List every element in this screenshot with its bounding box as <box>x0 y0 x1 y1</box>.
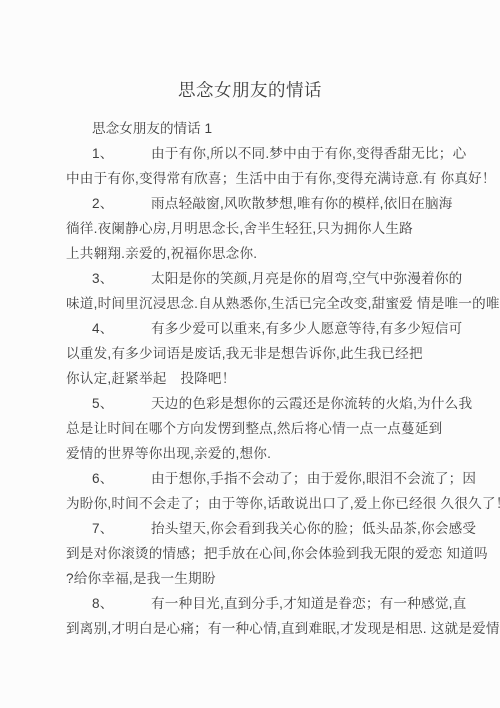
text-line: 中由于有你,变得常有欣喜；生活中由于有你,变得充满诗意.有 你真好！ <box>66 166 440 191</box>
line-text: 你认定,赶紧举起 投降吧！ <box>66 371 236 386</box>
line-text: 有多少爱可以重来,有多少人愿意等待,有多少短信可 <box>151 321 462 336</box>
text-line: 3、太阳是你的笑颜,月亮是你的眉弯,空气中弥漫着你的 <box>92 266 440 291</box>
text-line: 7、抬头望天,你会看到我关心你的脸；低头品茶,你会感受 <box>92 516 440 541</box>
list-number: 6、 <box>92 466 151 491</box>
list-number: 4、 <box>92 316 151 341</box>
line-text: 由于想你,手指不会动了；由于爱你,眼泪不会流了；因 <box>151 471 476 486</box>
text-line: 1、由于有你,所以不同.梦中由于有你,变得香甜无比；心 <box>92 141 440 166</box>
line-text: 为盼你,时间不会走了；由于等你,话敢说出口了,爱上你已经很 久很久了！ <box>66 496 500 511</box>
line-text: 上共翱翔.亲爱的,祝福你思念你. <box>66 246 257 261</box>
text-line: 总是让时间在哪个方向发愣到整点,然后将心情一点一点蔓延到 <box>66 416 440 441</box>
document-page: 思念女朋友的情话 思念女朋友的情话 1 1、由于有你,所以不同.梦中由于有你,变… <box>0 0 500 708</box>
text-line: 6、由于想你,手指不会动了；由于爱你,眼泪不会流了；因 <box>92 466 440 491</box>
text-line: 5、天边的色彩是想你的云霞还是你流转的火焰,为什么我 <box>92 391 440 416</box>
text-line: 2、雨点轻敲窗,风吹散梦想,唯有你的模样,依旧在脑海 <box>92 191 440 216</box>
line-text: 到是对你滚烫的情感；把手放在心间,你会体验到我无限的爱恋 知道吗 <box>66 546 488 561</box>
text-line: 上共翱翔.亲爱的,祝福你思念你. <box>66 241 440 266</box>
document-title: 思念女朋友的情话 <box>0 0 500 103</box>
text-line: 味道,时间里沉浸思念.自从熟悉你,生活已完全改变,甜蜜爱 情是唯一的唯一. <box>66 291 440 316</box>
line-text: 以重发,有多少词语是废话,我无非是想告诉你,此生我已经把 <box>66 346 423 361</box>
list-number: 7、 <box>92 516 151 541</box>
line-text: 到离别,才明白是心痛；有一种心情,直到难眠,才发现是相思. 这就是爱情. <box>66 621 500 636</box>
line-text: 雨点轻敲窗,风吹散梦想,唯有你的模样,依旧在脑海 <box>151 196 453 211</box>
line-text: 太阳是你的笑颜,月亮是你的眉弯,空气中弥漫着你的 <box>151 271 462 286</box>
line-text: 徜徉.夜阑静心房,月明思念长,舍半生轻狂,只为拥你人生路 <box>66 221 413 236</box>
line-text: 天边的色彩是想你的云霞还是你流转的火焰,为什么我 <box>151 396 472 411</box>
text-line: 8、有一种目光,直到分手,才知道是眷恋；有一种感觉,直 <box>92 591 440 616</box>
text-line: ?给你幸福,是我一生期盼 <box>66 566 440 591</box>
list-number: 3、 <box>92 266 151 291</box>
list-number: 1、 <box>92 141 151 166</box>
line-text: ?给你幸福,是我一生期盼 <box>66 571 216 586</box>
line-text: 味道,时间里沉浸思念.自从熟悉你,生活已完全改变,甜蜜爱 情是唯一的唯一. <box>66 296 500 311</box>
text-line: 到离别,才明白是心痛；有一种心情,直到难眠,才发现是相思. 这就是爱情. <box>66 616 440 641</box>
text-line: 你认定,赶紧举起 投降吧！ <box>66 366 440 391</box>
line-text: 爱情的世界等你出现,亲爱的,想你. <box>66 446 271 461</box>
line-text: 抬头望天,你会看到我关心你的脸；低头品茶,你会感受 <box>151 521 476 536</box>
document-body: 思念女朋友的情话 1 1、由于有你,所以不同.梦中由于有你,变得香甜无比；心中由… <box>0 116 500 641</box>
line-text: 由于有你,所以不同.梦中由于有你,变得香甜无比；心 <box>151 146 466 161</box>
text-line: 到是对你滚烫的情感；把手放在心间,你会体验到我无限的爱恋 知道吗 <box>66 541 440 566</box>
text-line: 爱情的世界等你出现,亲爱的,想你. <box>66 441 440 466</box>
line-text: 中由于有你,变得常有欣喜；生活中由于有你,变得充满诗意.有 你真好！ <box>66 171 496 186</box>
line-text: 总是让时间在哪个方向发愣到整点,然后将心情一点一点蔓延到 <box>66 421 442 436</box>
text-line: 4、有多少爱可以重来,有多少人愿意等待,有多少短信可 <box>92 316 440 341</box>
text-line: 为盼你,时间不会走了；由于等你,话敢说出口了,爱上你已经很 久很久了！ <box>66 491 440 516</box>
list-number: 2、 <box>92 191 151 216</box>
list-number: 8、 <box>92 591 151 616</box>
text-line: 以重发,有多少词语是废话,我无非是想告诉你,此生我已经把 <box>66 341 440 366</box>
text-line: 徜徉.夜阑静心房,月明思念长,舍半生轻狂,只为拥你人生路 <box>66 216 440 241</box>
document-subtitle: 思念女朋友的情话 1 <box>92 116 440 141</box>
list-number: 5、 <box>92 391 151 416</box>
line-text: 有一种目光,直到分手,才知道是眷恋；有一种感觉,直 <box>151 596 466 611</box>
